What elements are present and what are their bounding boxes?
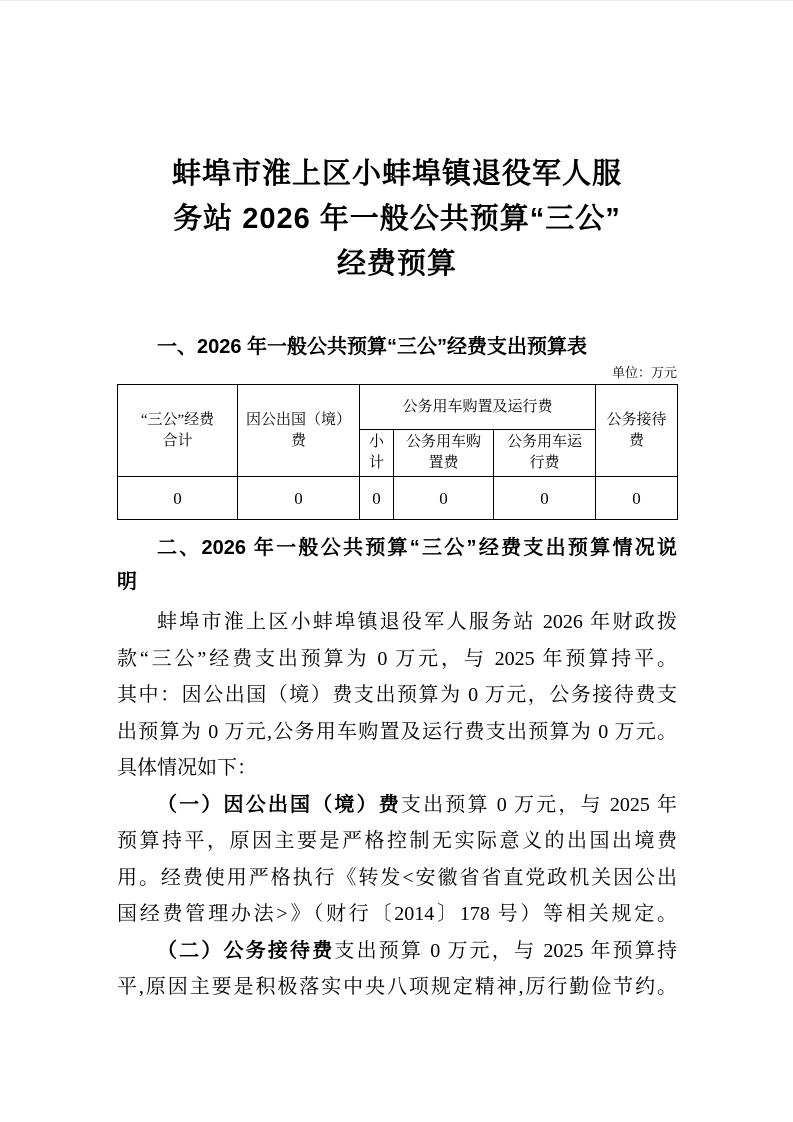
header-subtotal: 小 计 (360, 430, 394, 477)
title-line: 蚌埠市淮上区小蚌埠镇退役军人服 (117, 152, 677, 197)
value-total: 0 (118, 477, 238, 520)
header-operation-line: 公务用车运 (497, 432, 592, 453)
header-abroad-line: 因公出国（境） (241, 410, 356, 431)
header-reception: 公务接待 费 (596, 385, 678, 477)
budget-table: “三公”经费 合计 因公出国（境） 费 公务用车购置及运行费 公务接待 费 小 … (117, 384, 678, 520)
text-run: 支出预算 0 万元，与 2025 年预算持 (334, 940, 677, 962)
value-purchase: 0 (394, 477, 494, 520)
text-run: 支出预算 0 万元，与 2025 年 (401, 794, 677, 816)
paragraph-reception-expense: （二）公务接待费支出预算 0 万元，与 2025 年预算持 平,原因主要是积极落… (117, 933, 677, 1006)
body-line: （二）公务接待费支出预算 0 万元，与 2025 年预算持 (117, 933, 677, 970)
body-line: 出预算为 0 万元,公务用车购置及运行费支出预算为 0 万元。 (117, 714, 677, 751)
section2-heading-line: 明 (117, 565, 677, 599)
paragraph-abroad-expense: （一）因公出国（境）费支出预算 0 万元，与 2025 年 预算持平，原因主要是… (117, 787, 677, 933)
section2-body: 蚌埠市淮上区小蚌埠镇退役军人服务站 2026 年财政拨 款“三公”经费支出预算为… (117, 604, 677, 1006)
header-vehicle-group: 公务用车购置及运行费 (360, 385, 596, 430)
value-reception: 0 (596, 477, 678, 520)
body-line: 平,原因主要是积极落实中央八项规定精神,厉行勤俭节约。 (117, 969, 677, 1006)
header-purchase-line: 公务用车购 (397, 432, 490, 453)
section2-heading: 二、2026 年一般公共预算“三公”经费支出预算情况说 明 (117, 531, 677, 599)
body-line: 款“三公”经费支出预算为 0 万元，与 2025 年预算持平。 (117, 641, 677, 678)
header-subtotal-line: 小 (363, 432, 390, 453)
paragraph-overview: 蚌埠市淮上区小蚌埠镇退役军人服务站 2026 年财政拨 款“三公”经费支出预算为… (117, 604, 677, 787)
header-reception-line: 公务接待 (599, 410, 674, 431)
header-total-line: “三公”经费 (121, 410, 234, 431)
value-abroad: 0 (238, 477, 360, 520)
header-purchase: 公务用车购 置费 (394, 430, 494, 477)
header-abroad: 因公出国（境） 费 (238, 385, 360, 477)
body-line: 蚌埠市淮上区小蚌埠镇退役军人服务站 2026 年财政拨 (117, 604, 677, 641)
header-operation: 公务用车运 行费 (494, 430, 596, 477)
header-purchase-line: 置费 (397, 453, 490, 474)
table-unit-label: 单位：万元 (117, 364, 677, 382)
table-value-row: 0 0 0 0 0 0 (118, 477, 678, 520)
value-subtotal: 0 (360, 477, 394, 520)
section1-heading: 一、2026 年一般公共预算“三公”经费支出预算表 (117, 333, 677, 361)
header-total: “三公”经费 合计 (118, 385, 238, 477)
header-reception-line: 费 (599, 431, 674, 452)
body-line: 国经费管理办法>》（财行〔2014〕178 号）等相关规定。 (117, 896, 677, 933)
header-subtotal-line: 计 (363, 453, 390, 474)
title-line: 经费预算 (117, 242, 677, 287)
body-line: 具体情况如下： (117, 750, 677, 787)
document-page: 蚌埠市淮上区小蚌埠镇退役军人服 务站 2026 年一般公共预算“三公” 经费预算… (0, 1, 793, 1006)
body-line: （一）因公出国（境）费支出预算 0 万元，与 2025 年 (117, 787, 677, 824)
body-line: 用。经费使用严格执行《转发<安徽省省直党政机关因公出 (117, 860, 677, 897)
document-title: 蚌埠市淮上区小蚌埠镇退役军人服 务站 2026 年一般公共预算“三公” 经费预算 (117, 152, 677, 287)
section2-heading-line: 二、2026 年一般公共预算“三公”经费支出预算情况说 (117, 531, 677, 565)
body-line: 预算持平，原因主要是严格控制无实际意义的出国出境费 (117, 823, 677, 860)
value-operation: 0 (494, 477, 596, 520)
bold-run: （一）因公出国（境）费 (157, 794, 401, 816)
header-total-line: 合计 (121, 431, 234, 452)
header-operation-line: 行费 (497, 453, 592, 474)
title-line: 务站 2026 年一般公共预算“三公” (117, 197, 677, 242)
bold-run: （二）公务接待费 (157, 940, 334, 962)
header-abroad-line: 费 (241, 431, 356, 452)
body-line: 其中：因公出国（境）费支出预算为 0 万元，公务接待费支 (117, 677, 677, 714)
